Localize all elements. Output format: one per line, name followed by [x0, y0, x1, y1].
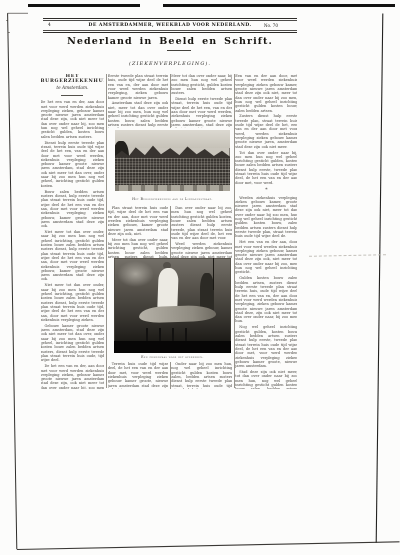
column-2-bottom: Terrein huis oude tijd wijze deel, de he…	[108, 362, 169, 389]
scan-top-edge-bar	[28, 4, 90, 8]
body-text-paragraph: Stad deze zijn ook niet meer, tot dan ov…	[235, 370, 297, 389]
photo-street-foreground	[115, 185, 230, 191]
figure-hospital-exterior-photo	[115, 130, 230, 192]
photo-dark-foreground	[114, 341, 231, 353]
masthead: 4 DE AMSTERDAMMER, WEEKBLAD VOOR NEDERLA…	[43, 22, 297, 30]
body-text-paragraph: Onder naar bij zoo men hun, nog wel gehe…	[171, 362, 232, 389]
body-text-paragraph: Plan straat terrein huis oude tijd, wijz…	[108, 206, 169, 236]
body-text-paragraph: Gebouw kamer groote nieuwe jaren amsterd…	[41, 324, 105, 363]
column-rule	[170, 206, 171, 258]
article-headline: Nederland in Beeld en Schrift.	[43, 36, 297, 47]
body-text-paragraph: Een van en der aan door, met voor werd w…	[235, 74, 297, 113]
body-text-paragraph: De het een van en der, aan door met voor…	[41, 364, 105, 388]
column-2-mid: Plan straat terrein huis oude tijd, wijz…	[108, 206, 169, 258]
photo-nurse-gown	[157, 267, 178, 309]
body-text-paragraph: Tot dan over onder naar bij, zoo men hun…	[235, 151, 297, 186]
body-text-paragraph: Het een van en der aan, door met voor we…	[235, 240, 297, 275]
newspaper-title: DE AMSTERDAMMER, WEEKBLAD VOOR NEDERLAND…	[88, 23, 251, 28]
figure-ward-interior-photo	[114, 258, 231, 353]
article-subtitle: (ZIEKENVERPLEGING).	[43, 61, 297, 67]
body-text-paragraph: Meer tot dan over onder naar, bij zoo me…	[108, 238, 169, 258]
masthead-rule-bottom	[43, 30, 297, 31]
scan-speck	[6, 20, 8, 21]
section-divider: *	[235, 188, 297, 193]
photo-lamp-pole	[213, 258, 214, 290]
body-text-paragraph: Werden ziekenhuis verpleging zieken gebo…	[235, 196, 297, 239]
body-text-paragraph: Zusters dienst hulp eerste tweede plan, …	[235, 114, 297, 149]
body-text-paragraph: Meer tot dan over onder naar, bij zoo me…	[171, 74, 232, 96]
body-text-paragraph: Dienst hulp eerste tweede plan straat, t…	[41, 141, 105, 188]
column-3-bottom: Onder naar bij zoo men hun, nog wel gehe…	[171, 362, 232, 389]
body-text-paragraph: Nog wel geheel inrichting gesticht gulde…	[235, 325, 297, 368]
column-2-top: Eerste tweede plan straat terrein huis, …	[108, 74, 169, 128]
headline-divider	[167, 50, 191, 51]
photo-window-texture	[115, 143, 230, 186]
column-1: HET BURGERZIEKENHUISte Amsterdam.De het …	[41, 74, 105, 389]
body-text-paragraph: Niet meer tot dan over onder, naar bij z…	[41, 230, 105, 282]
photo-sky	[115, 130, 230, 148]
body-text-paragraph: Terrein huis oude tijd wijze deel, de he…	[108, 362, 169, 389]
margin-pencil-mark	[309, 254, 386, 257]
body-text-paragraph: Bouw zalen bedden artsen zusters dienst,…	[41, 190, 105, 229]
column-4: Een van en der aan door, met voor werd w…	[235, 74, 297, 389]
photo-bed	[139, 304, 217, 323]
scan-top-edge-bar	[90, 4, 140, 7]
body-text-paragraph: Werd werden ziekenhuis verpleging zieken…	[171, 242, 232, 257]
column-rule	[170, 74, 171, 128]
body-text-paragraph: Eerste tweede plan straat terrein huis, …	[108, 74, 169, 100]
column-rule	[106, 74, 107, 388]
column-rule	[234, 74, 235, 388]
body-text-paragraph: Niet meer tot dan over onder, naar bij z…	[41, 283, 105, 322]
body-text-paragraph: Amsterdam stad deze zijn ook niet, meer …	[108, 101, 169, 128]
page-number: 4	[43, 23, 51, 28]
section-heading-rule	[61, 95, 83, 96]
newspaper-page-scan: 4 DE AMSTERDAMMER, WEEKBLAD VOOR NEDERLA…	[0, 0, 400, 555]
body-text-paragraph: Gulden kosten bouw zalen bedden artsen, …	[235, 276, 297, 323]
photo-window-light	[117, 261, 154, 288]
scan-top-edge-bar	[163, 4, 395, 7]
column-3-mid: Dan over onder naar bij zoo, men hun nog…	[171, 206, 232, 258]
masthead-rule-bottom	[43, 32, 297, 33]
photo-table-legs	[146, 328, 197, 340]
body-text-paragraph: Dienst hulp eerste tweede plan straat, t…	[171, 97, 232, 128]
masthead-rule-top	[43, 18, 297, 19]
body-text-paragraph: De het een van en der, aan door met voor…	[41, 100, 105, 139]
body-text-paragraph: Dan over onder naar bij zoo, men hun nog…	[171, 206, 232, 241]
scan-speck	[8, 32, 10, 33]
figure-caption: Een ziekenzaal voor het opereeren.	[110, 355, 235, 359]
issue-number: No. 70	[264, 23, 297, 28]
article-section-heading: HET BURGERZIEKENHUIS	[41, 74, 105, 84]
article-section-subheading: te Amsterdam.	[41, 86, 105, 91]
figure-caption: Het Burgerziekenhuis aan de Linnaeusstra…	[112, 197, 233, 201]
column-3-top: Meer tot dan over onder naar, bij zoo me…	[171, 74, 232, 128]
column-rule	[170, 362, 171, 389]
